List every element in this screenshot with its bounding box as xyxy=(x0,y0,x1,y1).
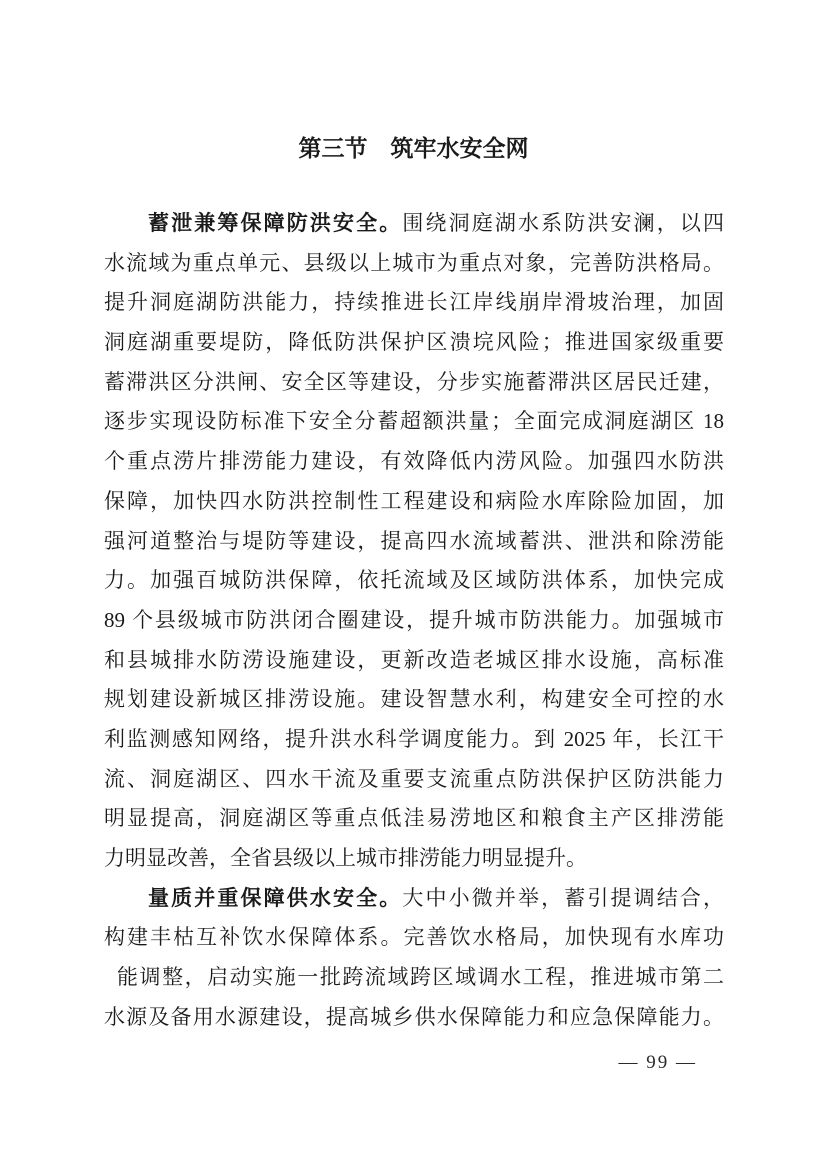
text-line: 蓄滞洪区分洪闸、安全区等建设，分步实施蓄滞洪区居民迁建， xyxy=(104,363,724,403)
text-line: 水流域为重点单元、县级以上城市为重点对象，完善防洪格局。 xyxy=(104,244,724,284)
text-line: 逐步实现设防标准下安全分蓄超额洪量；全面完成洞庭湖区 18 xyxy=(104,402,724,442)
line-text: 大中小微并举，蓄引提调结合， xyxy=(402,886,724,910)
document-page: 第三节 筑牢水安全网 蓄泄兼筹保障防洪安全。围绕洞庭湖水系防洪安澜，以四 水流域… xyxy=(0,0,827,1169)
paragraph-lead: 蓄泄兼筹保障防洪安全。 xyxy=(148,211,402,235)
text-line: 89 个县级城市防洪闭合圈建设，提升城市防洪能力。加强城市 xyxy=(104,601,724,641)
paragraph-flood-safety: 蓄泄兼筹保障防洪安全。围绕洞庭湖水系防洪安澜，以四 水流域为重点单元、县级以上城… xyxy=(104,204,724,879)
page-number: — 99 — xyxy=(619,1052,698,1074)
text-line: 水源及备用水源建设，提高城乡供水保障能力和应急保障能力。 xyxy=(104,998,724,1038)
line-text: 围绕洞庭湖水系防洪安澜，以四 xyxy=(402,211,724,235)
paragraph-water-supply: 量质并重保障供水安全。大中小微并举，蓄引提调结合， 构建丰枯互补饮水保障体系。完… xyxy=(104,879,724,1038)
section-title: 第三节 筑牢水安全网 xyxy=(0,130,827,163)
text-line: 量质并重保障供水安全。大中小微并举，蓄引提调结合， xyxy=(104,879,724,919)
text-line: 和县城排水防涝设施建设，更新改造老城区排水设施，高标准 xyxy=(104,641,724,681)
paragraph-lead: 量质并重保障供水安全。 xyxy=(148,886,402,910)
text-line: 蓄泄兼筹保障防洪安全。围绕洞庭湖水系防洪安澜，以四 xyxy=(104,204,724,244)
text-line: 明显提高，洞庭湖区等重点低洼易涝地区和粮食主产区排涝能 xyxy=(104,799,724,839)
text-line: 力。加强百城防洪保障，依托流域及区域防洪体系，加快完成 xyxy=(104,561,724,601)
text-line: 力明显改善，全省县级以上城市排涝能力明显提升。 xyxy=(104,839,724,879)
text-line: 强河道整治与堤防等建设，提高四水流域蓄洪、泄洪和除涝能 xyxy=(104,522,724,562)
text-line: 构建丰枯互补饮水保障体系。完善饮水格局，加快现有水库功 xyxy=(104,918,724,958)
text-line: 洞庭湖重要堤防，降低防洪保护区溃垸风险；推进国家级重要 xyxy=(104,323,724,363)
text-line: 能调整，启动实施一批跨流域跨区域调水工程，推进城市第二 xyxy=(104,958,724,998)
document-body: 蓄泄兼筹保障防洪安全。围绕洞庭湖水系防洪安澜，以四 水流域为重点单元、县级以上城… xyxy=(104,204,724,1037)
text-line: 提升洞庭湖防洪能力，持续推进长江岸线崩岸滑坡治理，加固 xyxy=(104,283,724,323)
text-line: 规划建设新城区排涝设施。建设智慧水利，构建安全可控的水 xyxy=(104,680,724,720)
text-line: 利监测感知网络，提升洪水科学调度能力。到 2025 年，长江干 xyxy=(104,720,724,760)
text-line: 流、洞庭湖区、四水干流及重要支流重点防洪保护区防洪能力 xyxy=(104,760,724,800)
text-line: 保障，加快四水防洪控制性工程建设和病险水库除险加固，加 xyxy=(104,482,724,522)
text-line: 个重点涝片排涝能力建设，有效降低内涝风险。加强四水防洪 xyxy=(104,442,724,482)
